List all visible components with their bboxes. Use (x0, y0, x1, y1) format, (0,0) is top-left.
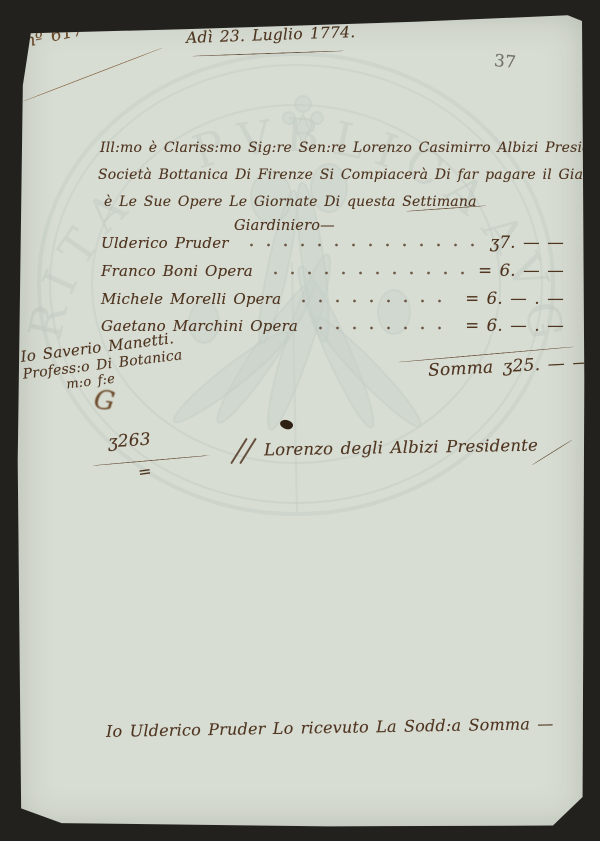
folio-flourish-line (23, 47, 163, 102)
register-double-dash: = (137, 461, 153, 482)
sum-label: Somma (428, 357, 494, 380)
letter-line-2: Società Bottanica Di Firenze Si Compiace… (98, 167, 600, 183)
laid-paper-watermark: RITA PVBLICA AVGV (16, 12, 586, 828)
photographed-manuscript: RITA PVBLICA AVGV (0, 0, 600, 841)
amount-value: = 6. — . — (465, 316, 564, 335)
dot-leader (265, 264, 468, 280)
president-signature: Lorenzo degli Albizi Presidente (264, 436, 538, 460)
payroll-row: Michele Morelli Opera = 6. — . — (101, 289, 564, 308)
sum-line: Somma ʒ25. — — — (428, 351, 600, 381)
archival-folio-note: nº 617 (23, 20, 86, 52)
date-underline-flourish (192, 50, 344, 56)
ink-blot (279, 418, 295, 432)
worker-name: Michele Morelli Opera (101, 290, 281, 308)
payroll-row: Ulderico Pruder ʒ7. — — (101, 233, 564, 252)
dot-leader (293, 292, 455, 308)
payroll-row: Franco Boni Opera = 6. — — (101, 261, 564, 280)
paper-edge-shading (16, 12, 586, 828)
sum-amount: ʒ25. — — — (502, 351, 600, 377)
amount-value: = 6. — . — (465, 289, 564, 308)
worker-name: Gaetano Marchini Opera (101, 317, 298, 335)
signature-lead-slash (230, 438, 248, 465)
dot-leader (241, 236, 480, 252)
stray-ink-mark: G (92, 385, 117, 418)
paper-sheet: RITA PVBLICA AVGV (16, 12, 586, 828)
register-number: ʒ263 (107, 430, 151, 453)
signature-lead-slash (239, 438, 257, 465)
letter-line-3: è Le Sue Opere Le Giornate Di questa Set… (104, 194, 477, 210)
receipt-line: Io Ulderico Pruder Lo ricevuto La Sodd:a… (106, 714, 554, 741)
amount-value: ʒ7. — — (490, 233, 564, 252)
amount-value: = 6. — — (478, 261, 564, 280)
worker-name: Franco Boni Opera (101, 262, 253, 280)
dot-leader (310, 319, 455, 335)
letter-subheading: Giardiniero— (234, 218, 335, 234)
letter-line-1: Ill:mo è Clariss:mo Sig:re Sen:re Lorenz… (100, 140, 600, 156)
watermark-crown-ornament (283, 96, 323, 144)
watermark-inner-ring (92, 105, 500, 463)
date-heading: Adì 23. Luglio 1774. (186, 23, 356, 47)
worker-name: Ulderico Pruder (101, 234, 229, 252)
pencil-folio-number: 37 (493, 51, 517, 73)
register-underline (92, 455, 210, 466)
